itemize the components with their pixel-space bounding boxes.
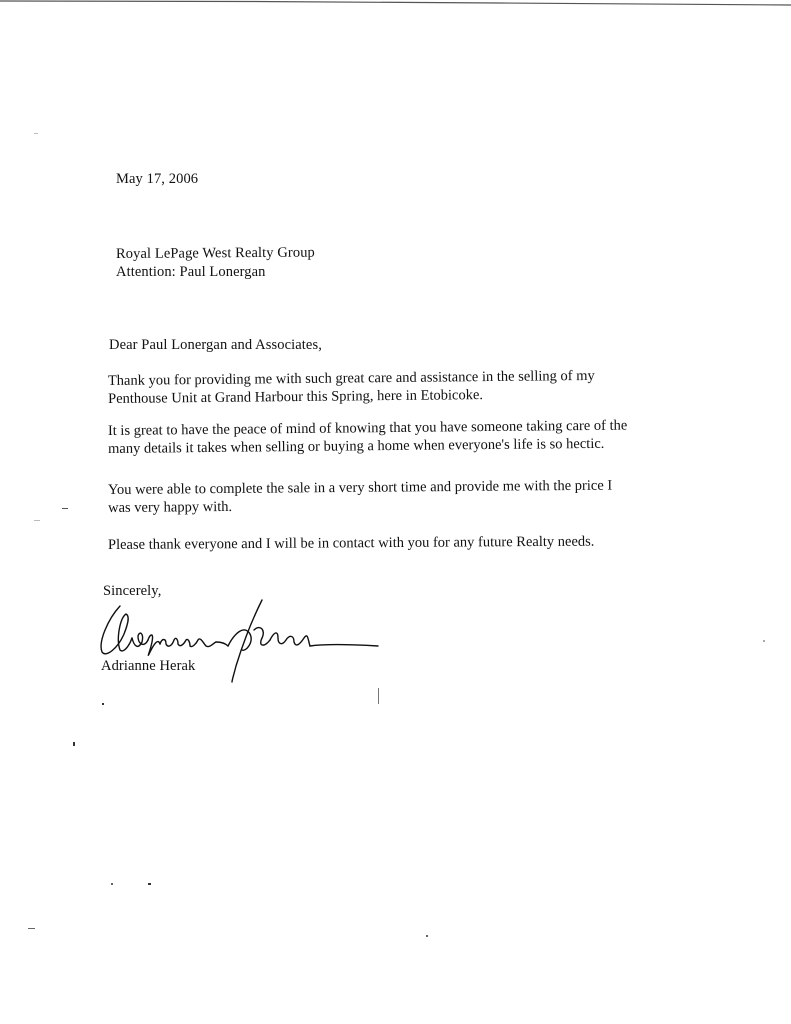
paragraph-line: Please thank everyone and I will be in c…: [108, 533, 595, 554]
scan-artifact: [34, 520, 40, 521]
signer-name: Adrianne Herak: [101, 658, 195, 675]
scan-artifact: [73, 742, 75, 746]
recipient-company: Royal LePage West Realty Group: [116, 245, 315, 263]
body-paragraph: You were able to complete the sale in a …: [108, 477, 613, 517]
letter-date: May 17, 2006: [116, 171, 198, 188]
scan-artifact: [148, 883, 151, 885]
scan-artifact: [28, 928, 35, 929]
scan-edge-line: [0, 0, 791, 6]
scan-artifact: [34, 133, 38, 134]
paragraph-line: Penthouse Unit at Grand Harbour this Spr…: [108, 385, 595, 408]
paragraph-line: was very happy with.: [108, 495, 612, 517]
body-paragraph: Thank you for providing me with such gre…: [108, 367, 595, 408]
salutation: Dear Paul Lonergan and Associates,: [109, 337, 322, 354]
scan-artifact: [763, 640, 765, 642]
recipient-attention: Attention: Paul Lonergan: [116, 264, 266, 281]
scan-artifact: [378, 688, 379, 704]
body-paragraph: Please thank everyone and I will be in c…: [108, 533, 595, 554]
scan-artifact: [62, 508, 68, 509]
scan-artifact: [102, 703, 104, 705]
scan-artifact: [111, 883, 113, 885]
body-paragraph: It is great to have the peace of mind of…: [108, 417, 628, 458]
scan-artifact: [426, 935, 428, 937]
